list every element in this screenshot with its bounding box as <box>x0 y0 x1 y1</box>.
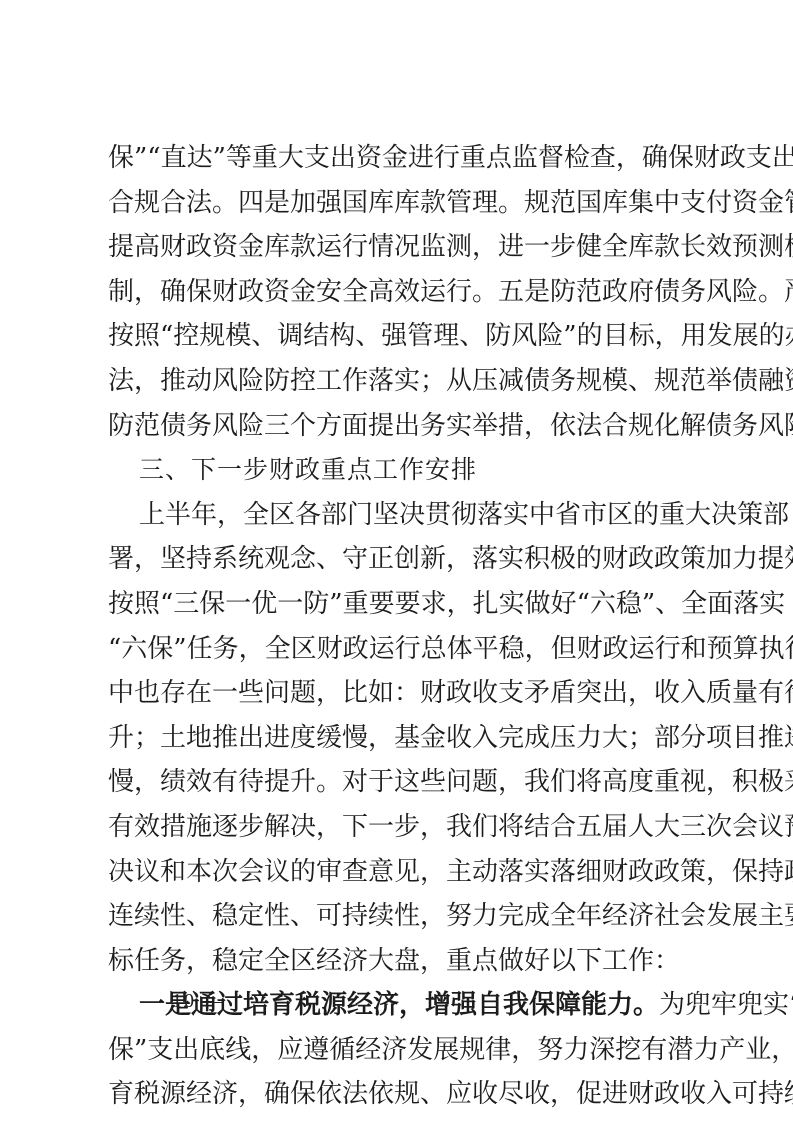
body-line: 保”支出底线，应遵循经济发展规律，努力深挖有潜力产业，培 <box>108 1028 694 1073</box>
body-line: 防范债务风险三个方面提出务实举措，依法合规化解债务风险。 <box>108 404 694 449</box>
paragraph-start-line: 上半年，全区各部门坚决贯彻落实中省市区的重大决策部 <box>108 493 694 538</box>
body-line: 法，推动风险防控工作落实；从压减债务规模、规范举债融资、 <box>108 359 694 404</box>
body-line: 按照“控规模、调结构、强管理、防风险”的目标，用发展的办 <box>108 314 694 359</box>
page-number: — 10 — <box>143 990 225 1013</box>
paragraph-end-line: 标任务，稳定全区经济大盘，重点做好以下工作： <box>108 939 694 984</box>
body-line: 署，坚持系统观念、守正创新，落实积极的财政政策加力提效， <box>108 537 694 582</box>
body-line: 按照“三保一优一防”重要要求，扎实做好“六稳”、全面落实 <box>108 582 694 627</box>
section-heading: 三、下一步财政重点工作安排 <box>108 448 694 493</box>
document-page: 保”“直达”等重大支出资金进行重点监督检查，确保财政支出 合规合法。四是加强国库… <box>108 136 694 1117</box>
body-line: 升；土地推出进度缓慢，基金收入完成压力大；部分项目推进缓 <box>108 716 694 761</box>
body-line: 保”“直达”等重大支出资金进行重点监督检查，确保财政支出 <box>108 136 694 181</box>
body-line: 合规合法。四是加强国库库款管理。规范国库集中支付资金管理， <box>108 181 694 226</box>
body-line: 提高财政资金库款运行情况监测，进一步健全库款长效预测机 <box>108 225 694 270</box>
body-line: 慢，绩效有待提升。对于这些问题，我们将高度重视，积极采取 <box>108 760 694 805</box>
body-line: 有效措施逐步解决，下一步，我们将结合五届人大三次会议预算 <box>108 805 694 850</box>
paragraph-text: 为兜牢兜实“三 <box>659 990 793 1020</box>
body-line: 连续性、稳定性、可持续性，努力完成全年经济社会发展主要目 <box>108 894 694 939</box>
body-line: 决议和本次会议的审查意见，主动落实落细财政政策，保持政策 <box>108 850 694 895</box>
body-line: 育税源经济，确保依法依规、应收尽收，促进财政收入可持续增 <box>108 1072 694 1117</box>
body-line: 中也存在一些问题，比如：财政收支矛盾突出，收入质量有待提 <box>108 671 694 716</box>
body-line: “六保”任务，全区财政运行总体平稳，但财政运行和预算执行 <box>108 627 694 672</box>
body-line: 制，确保财政资金安全高效运行。五是防范政府债务风险。严格 <box>108 270 694 315</box>
